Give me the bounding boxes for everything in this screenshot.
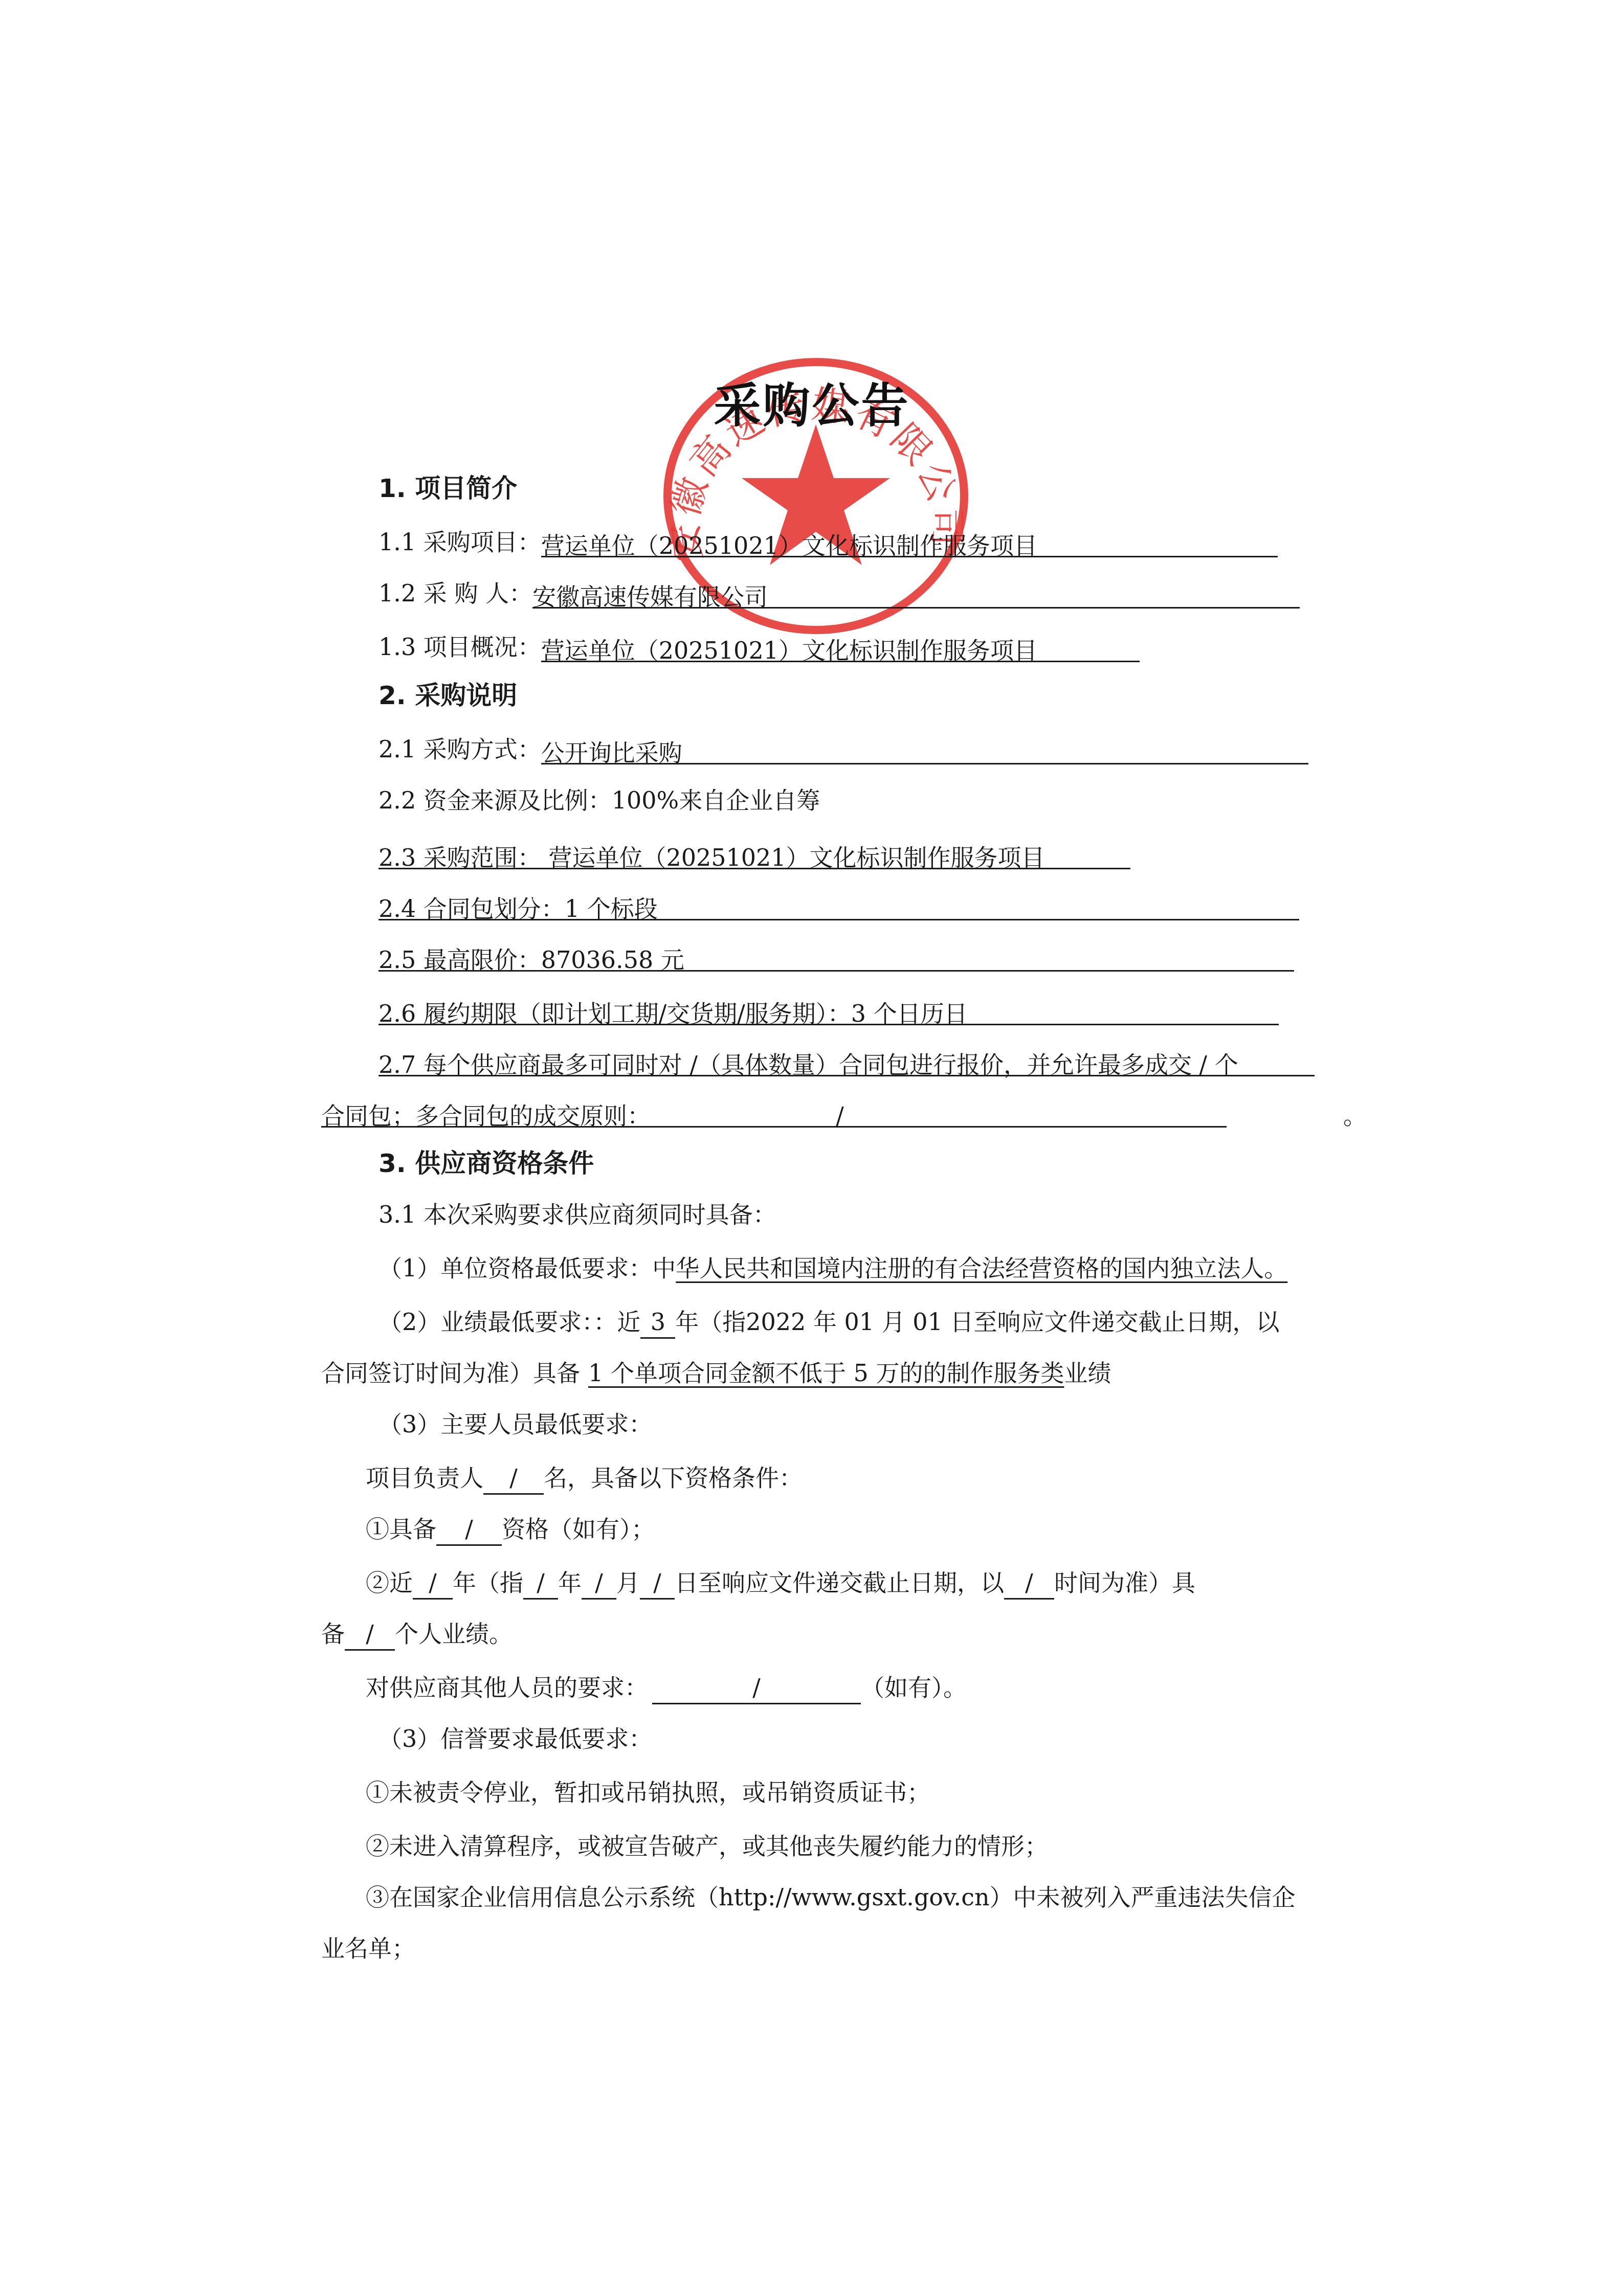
field-value: 营运单位（20251021）文化标识制作服务项目 <box>541 637 1037 664</box>
credit-heading: （3）信誉要求最低要求： <box>379 1723 652 1754</box>
section-heading-2: 2. 采购说明 <box>379 680 517 711</box>
field-procurement-project: 1.1 采购项目：营运单位（20251021）文化标识制作服务项目 <box>379 527 1278 557</box>
section-heading-1: 1. 项目简介 <box>379 473 517 504</box>
field-value: 2.4 合同包划分：1 个标段 <box>379 895 658 922</box>
blank-value: / <box>652 1672 861 1704</box>
leader-qualification: ①具备/资格（如有）； <box>366 1514 655 1546</box>
project-leader-requirement: 项目负责人/名，具备以下资格条件： <box>366 1462 803 1495</box>
field-project-overview: 1.3 项目概况：营运单位（20251021）文化标识制作服务项目 <box>379 632 1140 662</box>
blank-value: / <box>483 1462 544 1495</box>
requirement-text: 合同签订时间为准）具备 <box>321 1359 580 1387</box>
field-purchaser: 1.2 采 购 人：安徽高速传媒有限公司 <box>379 578 1300 609</box>
field-value-wrap: 2.6 履约期限（即计划工期/交货期/服务期）：3 个日历日 <box>379 998 1279 1025</box>
field-value: 2.5 最高限价：87036.58 元 <box>379 946 684 974</box>
requirement-text: ①具备 <box>366 1515 436 1543</box>
requirement-text: 备 <box>321 1620 345 1648</box>
requirement-text: 个人业绩。 <box>395 1620 513 1648</box>
personnel-heading: （3）主要人员最低要求： <box>379 1409 652 1439</box>
blank-value: / <box>523 1567 558 1600</box>
credit-item-3-cont: 业名单； <box>321 1933 415 1964</box>
field-label: 2.1 采购方式： <box>379 735 541 763</box>
requirement-entity-qualification: （1）单位资格最低要求：中华人民共和国境内注册的有合法经营资格的国内独立法人。 <box>379 1253 1287 1284</box>
leader-performance-line2: 备/个人业绩。 <box>321 1618 513 1651</box>
field-value: 营运单位（20251021）文化标识制作服务项目 <box>541 532 1037 559</box>
requirement-text: 日至响应文件递交截止日期，以 <box>675 1569 1004 1596</box>
credit-item-1: ①未被责令停业，暂扣或吊销执照，或吊销资质证书； <box>366 1777 930 1808</box>
field-label: 1.2 采 购 人： <box>379 579 532 607</box>
field-value: 2.3 采购范围： 营运单位（20251021）文化标识制作服务项目 <box>379 844 1045 871</box>
requirement-text: 时间为准）具 <box>1054 1569 1195 1596</box>
credit-item-3: ③在国家企业信用信息公示系统（http://www.gsxt.gov.cn）中未… <box>366 1882 1296 1912</box>
field-value-wrap: 2.7 每个供应商最多可同时对 /（具体数量）合同包进行报价，并允许最多成交 /… <box>379 1049 1315 1076</box>
field-procurement-scope: 2.3 采购范围： 营运单位（20251021）文化标识制作服务项目 <box>379 839 1130 869</box>
field-funding-source: 2.2 资金来源及比例：100%来自企业自筹 <box>379 785 820 816</box>
field-contract-packages: 2.4 合同包划分：1 个标段 <box>379 890 1299 920</box>
requirement-label: （2）业绩最低要求：：近 <box>379 1308 640 1336</box>
page-title: 采购公告 <box>0 368 1624 436</box>
field-label: 1.3 项目概况： <box>379 633 541 661</box>
requirement-intro: 3.1 本次采购要求供应商须同时具备： <box>379 1199 776 1230</box>
requirement-text: 年 <box>558 1569 582 1596</box>
requirement-text: ②近 <box>366 1569 413 1596</box>
field-label: 1.1 采购项目： <box>379 528 541 556</box>
field-award-principle: 合同包；多合同包的成交原则：/。 <box>321 1097 1227 1128</box>
field-value: 安徽高速传媒有限公司 <box>532 583 768 611</box>
requirement-text: 年（指2022 年 01 月 01 日至响应文件递交截止日期，以 <box>675 1308 1279 1336</box>
requirement-label: （1）单位资格最低要求：中 <box>379 1254 676 1282</box>
requirement-text: 对供应商其他人员的要求： <box>366 1674 648 1701</box>
field-value-wrap: 合同包；多合同包的成交原则：/。 <box>321 1100 1227 1128</box>
requirement-performance-line2: 合同签订时间为准）具备1 个单项合同金额不低于 5 万的的制作服务类业绩 <box>321 1358 1111 1388</box>
blank-value: / <box>651 1100 1029 1131</box>
field-value: 公开询比采购 <box>541 739 682 767</box>
field-value-wrap: 营运单位（20251021）文化标识制作服务项目 <box>541 530 1278 557</box>
field-bidding-limit: 2.7 每个供应商最多可同时对 /（具体数量）合同包进行报价，并允许最多成交 /… <box>379 1046 1315 1076</box>
field-performance-period: 2.6 履约期限（即计划工期/交货期/服务期）：3 个日历日 <box>379 995 1279 1025</box>
requirement-value: 华人民共和国境内注册的有合法经营资格的国内独立法人。 <box>676 1254 1287 1282</box>
field-value-wrap: 2.3 采购范围： 营运单位（20251021）文化标识制作服务项目 <box>379 842 1130 869</box>
blank-value: / <box>436 1514 502 1546</box>
field-value-wrap: 安徽高速传媒有限公司 <box>532 581 1300 609</box>
field-value: 2.7 每个供应商最多可同时对 /（具体数量）合同包进行报价，并允许最多成交 /… <box>379 1051 1238 1078</box>
requirement-text: 资格（如有）； <box>502 1515 655 1543</box>
requirement-performance-line1: （2）业绩最低要求：：近3年（指2022 年 01 月 01 日至响应文件递交截… <box>379 1307 1280 1339</box>
section-heading-3: 3. 供应商资格条件 <box>379 1148 594 1179</box>
requirement-text: 业绩 <box>1064 1359 1111 1387</box>
requirement-text: 年（指 <box>453 1569 523 1596</box>
blank-value: / <box>413 1567 453 1600</box>
field-value: 2.6 履约期限（即计划工期/交货期/服务期）：3 个日历日 <box>379 1000 968 1027</box>
field-label: 合同包；多合同包的成交原则： <box>321 1102 651 1130</box>
requirement-text: 名，具备以下资格条件： <box>544 1464 803 1492</box>
credit-item-2: ②未进入清算程序，或被宣告破产，或其他丧失履约能力的情形； <box>366 1831 1048 1861</box>
document-page: 安徽高速传媒有限公司 采购公告 1. 项目简介 1.1 采购项目：营运单位（20… <box>0 0 1624 2296</box>
blank-value: / <box>1004 1567 1054 1600</box>
field-procurement-method: 2.1 采购方式：公开询比采购 <box>379 734 1308 764</box>
period-mark: 。 <box>1029 1100 1367 1131</box>
other-personnel-requirement: 对供应商其他人员的要求：/（如有）。 <box>366 1672 967 1704</box>
performance-value: 1 个单项合同金额不低于 5 万的的制作服务类 <box>580 1359 1064 1387</box>
field-value-wrap: 营运单位（20251021）文化标识制作服务项目 <box>541 635 1140 662</box>
blank-value: / <box>640 1567 675 1600</box>
years-value: 3 <box>640 1307 675 1339</box>
field-value-wrap: 公开询比采购 <box>541 737 1308 764</box>
blank-value: / <box>345 1618 395 1651</box>
requirement-text: 月 <box>616 1569 640 1596</box>
requirement-text: 项目负责人 <box>366 1464 483 1492</box>
blank-value: / <box>582 1567 616 1600</box>
field-max-price: 2.5 最高限价：87036.58 元 <box>379 941 1294 972</box>
leader-performance-line1: ②近/年（指/年/月/日至响应文件递交截止日期，以/时间为准）具 <box>366 1567 1195 1600</box>
field-value-wrap: 2.4 合同包划分：1 个标段 <box>379 893 1299 920</box>
requirement-text: （如有）。 <box>861 1674 967 1701</box>
field-value-wrap: 2.5 最高限价：87036.58 元 <box>379 944 1294 972</box>
